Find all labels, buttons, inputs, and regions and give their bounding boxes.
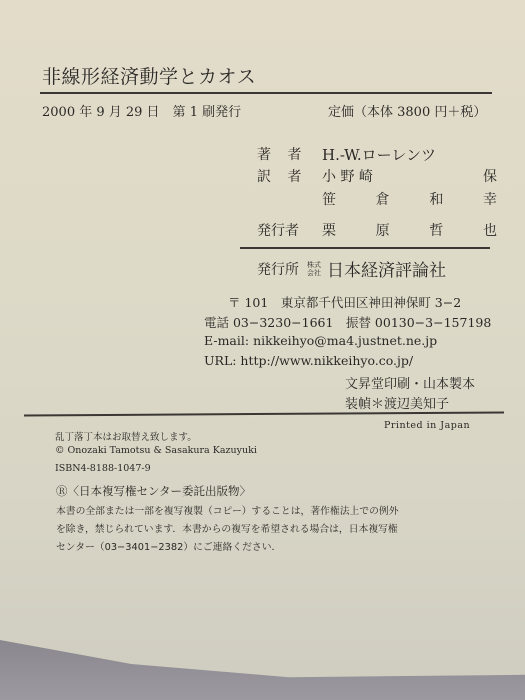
credit-name: 和 (429, 189, 443, 209)
kabushiki-kaisha: 株式 会社 (307, 261, 327, 277)
publisher-name: 日本経済評論社 (327, 256, 446, 281)
credit-name: 幸 (483, 189, 497, 209)
printed-in-japan: Printed in Japan (384, 420, 470, 431)
publisher-url: URL: http://www.nikkeihyo.co.jp/ (204, 353, 413, 368)
publisher-address: 〒 101 東京都千代田区神田神保町 3−2 (228, 293, 461, 311)
price: 定価（本体 3800 円＋税） (328, 101, 486, 120)
publisher-label: 発行所 (257, 259, 307, 279)
credits-divider (240, 247, 490, 249)
publisher-phone: 電話 03−3230−1661 振替 00130−3−157198 (204, 313, 491, 331)
publication-date: 2000 年 9 月 29 日 第 1 刷発行 (42, 101, 241, 120)
credit-translator-2: 笹 倉 和 幸 (257, 189, 497, 209)
printer: 文昇堂印刷・山本製本 (345, 373, 475, 392)
credit-translator: 訳 者 小 野 崎 保 (257, 166, 497, 186)
credit-role: 発行者 (257, 220, 322, 240)
isbn: ISBN4-8188-1047-9 (55, 463, 151, 474)
jrrc-text-line-2: を除き，禁じられています．本書からの複写を希望される場合は，日本複写権 (56, 521, 398, 535)
credit-name: 保 (483, 166, 497, 186)
replacement-notice: 乱丁落丁本はお取替え致します。 (55, 429, 197, 443)
jrrc-text-line-3: センター（03−3401−2382）にご連絡ください． (56, 539, 281, 553)
credit-role: 訳 者 (257, 166, 322, 186)
jrrc-text-line-1: 本書の全部または一部を複写複製（コピー）することは，著作権法上での例外 (56, 503, 399, 517)
publisher-email: E-mail: nikkeihyo@ma4.justnet.ne.jp (204, 333, 437, 348)
credit-names: 小 野 崎 保 (322, 166, 497, 186)
cover-design: 装幀＊渡辺美知子 (345, 393, 449, 412)
credit-name: 栗 (322, 220, 336, 240)
credit-author: 著 者 H.-W.ローレンツ (257, 144, 436, 165)
credit-role: 著 者 (257, 144, 322, 165)
credit-name: 小 野 崎 (322, 166, 373, 186)
credit-name: 笹 (322, 189, 336, 209)
credit-names: 栗 原 哲 也 (322, 220, 497, 240)
title-divider (40, 92, 492, 94)
credit-name: 倉 (376, 189, 390, 209)
publisher-line: 発行所 株式 会社 日本経済評論社 (257, 256, 446, 281)
footer-divider (24, 412, 504, 416)
jrrc-heading: Ⓡ〈日本複写権センター委託出版物〉 (56, 483, 251, 499)
copyright: © Onozaki Tamotsu & Sasakura Kazuyuki (55, 445, 257, 456)
credit-names: 笹 倉 和 幸 (322, 189, 497, 209)
credit-name: 哲 (429, 220, 443, 240)
colophon-page: 非線形経済動学とカオス 2000 年 9 月 29 日 第 1 刷発行 定価（本… (0, 0, 525, 700)
credit-name: H.-W.ローレンツ (322, 144, 436, 165)
credit-name: 原 (376, 220, 390, 240)
credit-name: 也 (483, 220, 497, 240)
book-title: 非線形経済動学とカオス (42, 62, 256, 89)
credit-publisher-person: 発行者 栗 原 哲 也 (257, 220, 497, 240)
